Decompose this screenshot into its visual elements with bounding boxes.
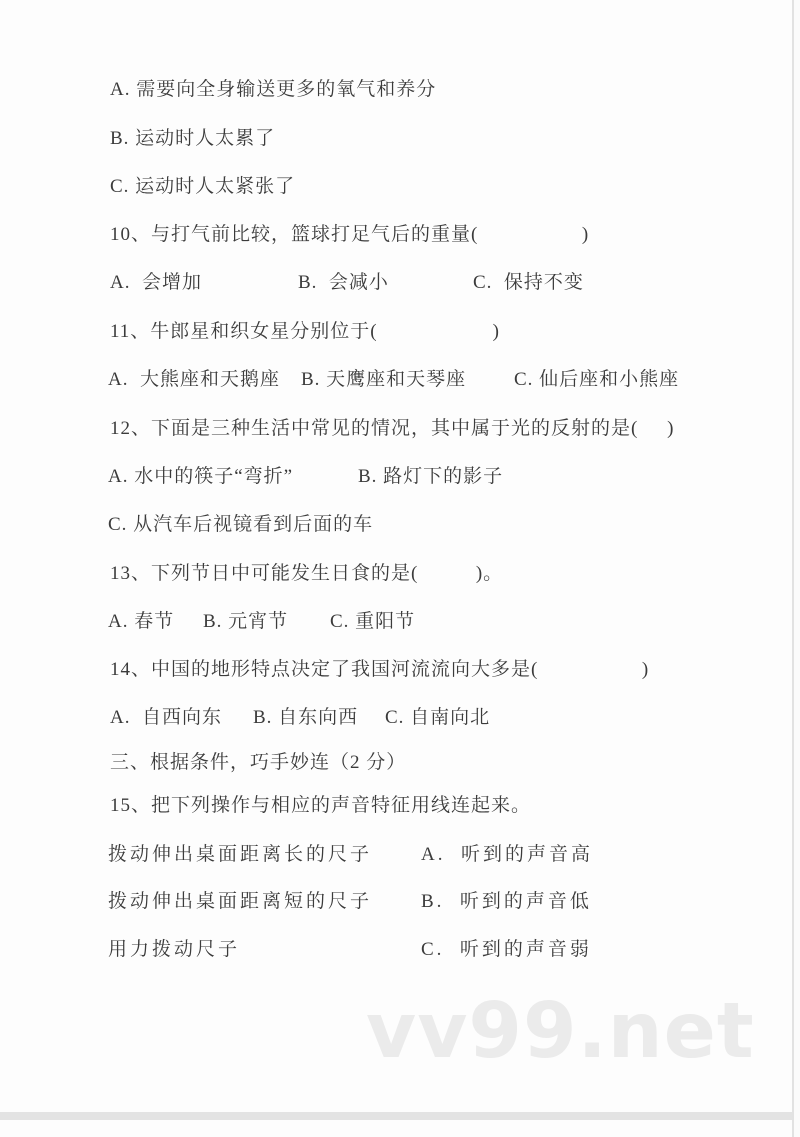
matching-right-1: A. 听到的声音高 — [421, 843, 593, 867]
question-9-option-c: C. 运动时人太紧张了 — [110, 175, 295, 199]
document-viewer: A. 需要向全身输送更多的氧气和养分 B. 运动时人太累了 C. 运动时人太紧张… — [0, 0, 800, 1137]
matching-left-1: 拨动伸出桌面距离长的尺子 — [108, 843, 372, 867]
question-12-option-b: B. 路灯下的影子 — [358, 465, 503, 489]
question-10-option-c: C. 保持不变 — [473, 271, 584, 295]
question-14-options-row: A. 自西向东 B. 自东向西 C. 自南向北 — [0, 706, 792, 730]
question-11-stem: 11、牛郎星和织女星分别位于( ) — [110, 320, 500, 344]
question-11-option-b: B. 天鹰座和天琴座 — [301, 368, 466, 392]
question-12-options-row-1: A. 水中的筷子“弯折” B. 路灯下的影子 — [0, 465, 792, 489]
matching-row-3: 用力拨动尺子 C. 听到的声音弱 — [0, 938, 792, 962]
question-13-stem: 13、下列节日中可能发生日食的是( )。 — [110, 562, 503, 586]
question-9-option-a: A. 需要向全身输送更多的氧气和养分 — [110, 78, 436, 102]
question-13-option-a: A. 春节 — [108, 610, 174, 634]
question-14-option-b: B. 自东向西 — [253, 706, 358, 730]
question-15-stem: 15、把下列操作与相应的声音特征用线连起来。 — [110, 794, 531, 818]
question-10-option-b: B. 会减小 — [298, 271, 389, 295]
question-13-options-row: A. 春节 B. 元宵节 C. 重阳节 — [0, 610, 792, 634]
next-page-top — [0, 1120, 792, 1137]
watermark: vv99.net — [366, 993, 755, 1070]
question-14-option-a: A. 自西向东 — [110, 706, 222, 730]
matching-left-3: 用力拨动尺子 — [108, 938, 240, 962]
question-11-options-row: A. 大熊座和天鹅座 B. 天鹰座和天琴座 C. 仙后座和小熊座 — [0, 368, 792, 392]
viewer-right-margin — [794, 0, 800, 1137]
exam-page: A. 需要向全身输送更多的氧气和养分 B. 运动时人太累了 C. 运动时人太紧张… — [0, 0, 792, 1112]
question-9-option-b: B. 运动时人太累了 — [110, 127, 275, 151]
question-10-option-a: A. 会增加 — [110, 271, 202, 295]
question-12-option-a: A. 水中的筷子“弯折” — [108, 465, 293, 489]
question-12-stem: 12、下面是三种生活中常见的情况，其中属于光的反射的是( ) — [110, 417, 674, 441]
question-11-option-a: A. 大熊座和天鹅座 — [108, 368, 280, 392]
matching-row-1: 拨动伸出桌面距离长的尺子 A. 听到的声音高 — [0, 843, 792, 867]
question-12-option-c: C. 从汽车后视镜看到后面的车 — [108, 513, 373, 537]
question-10-options-row: A. 会增加 B. 会减小 C. 保持不变 — [0, 271, 792, 295]
page-separator — [0, 1112, 800, 1120]
question-14-option-c: C. 自南向北 — [385, 706, 490, 730]
section-3-header: 三、根据条件，巧手妙连（2 分） — [110, 751, 406, 775]
question-13-option-b: B. 元宵节 — [203, 610, 288, 634]
matching-row-2: 拨动伸出桌面距离短的尺子 B. 听到的声音低 — [0, 890, 792, 914]
matching-right-3: C. 听到的声音弱 — [421, 938, 592, 962]
question-13-option-c: C. 重阳节 — [330, 610, 415, 634]
question-14-stem: 14、中国的地形特点决定了我国河流流向大多是( ) — [110, 658, 649, 682]
matching-left-2: 拨动伸出桌面距离短的尺子 — [108, 890, 372, 914]
matching-right-2: B. 听到的声音低 — [421, 890, 592, 914]
question-11-option-c: C. 仙后座和小熊座 — [514, 368, 679, 392]
question-10-stem: 10、与打气前比较，篮球打足气后的重量( ) — [110, 223, 589, 247]
